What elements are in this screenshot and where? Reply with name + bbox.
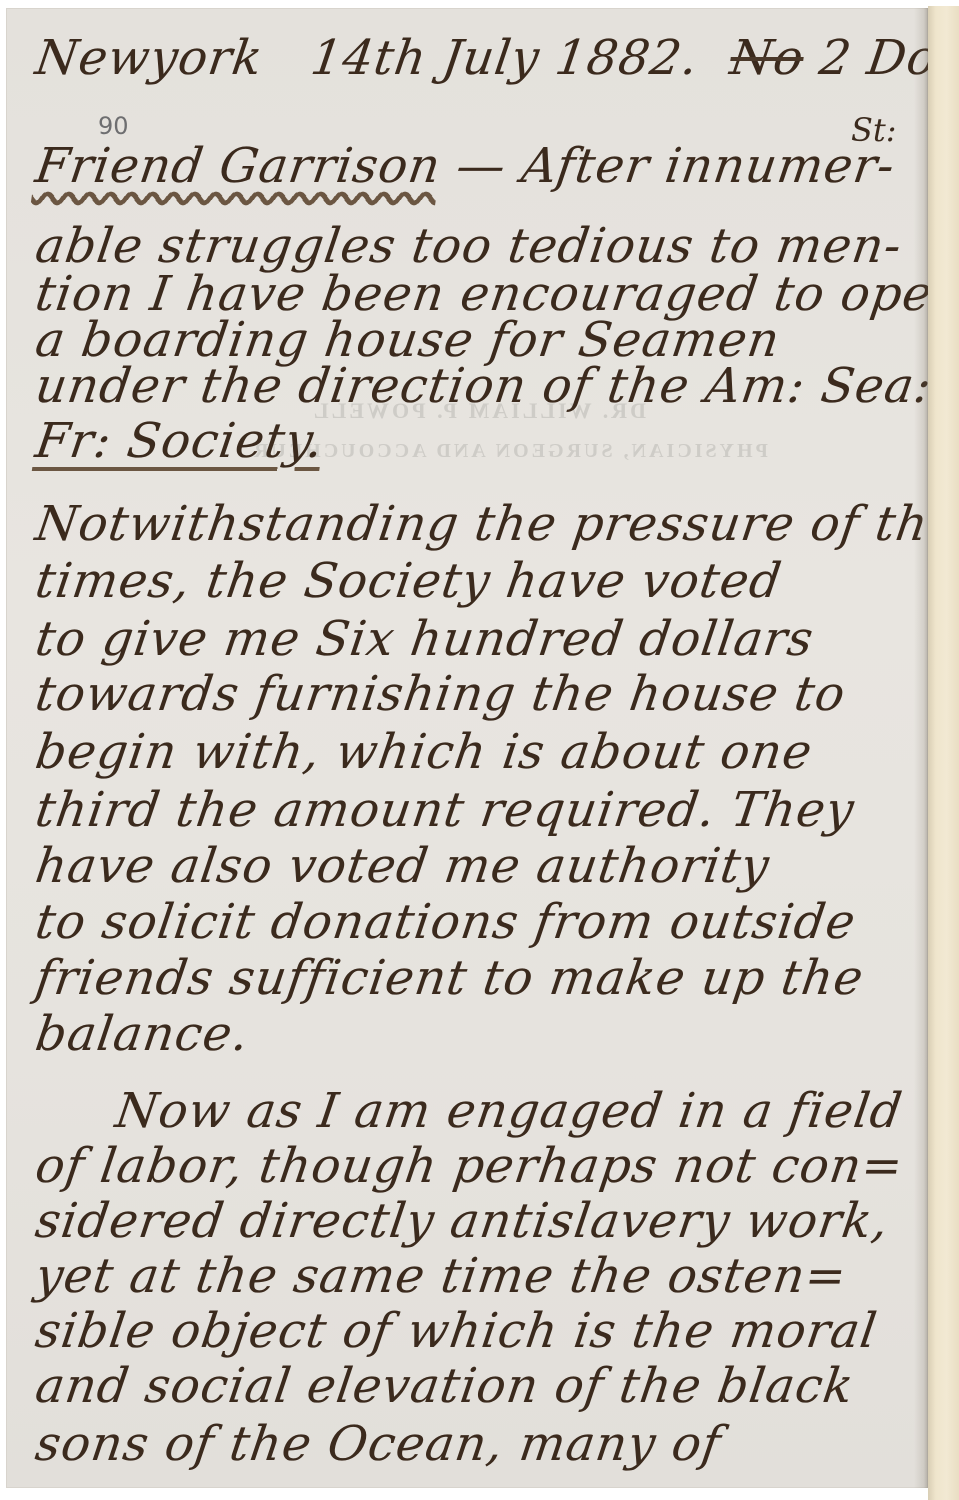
body-line: times, the Society have voted (32, 553, 785, 609)
place: Newyork (32, 30, 266, 86)
salutation: Friend Garrison (32, 138, 444, 194)
body-line: — After innumer- (453, 138, 899, 194)
body-line: sible object of which is the moral (32, 1303, 881, 1359)
header-line: Newyork 14th July 1882. No 2 Dover (32, 30, 959, 86)
archival-pencil-mark: 90 (98, 112, 129, 140)
body-line: sons of the Ocean, many of (32, 1416, 725, 1472)
body-line: Notwithstanding the pressure of the (32, 496, 959, 552)
body-line: and social elevation of the black (32, 1358, 857, 1414)
date: 14th July 1882. (307, 30, 702, 86)
body-line: towards furnishing the house to (32, 666, 849, 722)
body-line: to solicit donations from outside (32, 894, 859, 950)
body-line: Now as I am engaged in a field (112, 1083, 906, 1139)
body-line: have also voted me authority (32, 838, 773, 894)
body-line: sidered directly antislavery work, (32, 1193, 893, 1249)
body-line: under the direction of the Am: Sea: (32, 358, 935, 414)
body-line: begin with, which is about one (32, 724, 816, 780)
body-line: to give me Six hundred dollars (32, 611, 817, 667)
body-line: balance. (32, 1006, 253, 1062)
struck-text: No (727, 30, 808, 86)
letter-page: DR. WILLIAM P. POWELL PHYSICIAN, SURGEON… (6, 8, 928, 1488)
body-line: Fr: Society. (32, 413, 327, 469)
body-line: friends sufficient to make up the (32, 950, 867, 1006)
body-line: of labor, though perhaps not con= (32, 1138, 907, 1194)
salutation-line: Friend Garrison — After innumer- (32, 138, 899, 194)
body-line: third the amount required. They (32, 782, 858, 838)
page-edge-strip (928, 6, 959, 1500)
body-line: yet at the same time the osten= (32, 1248, 850, 1304)
letterhead-bleedthrough-title: PHYSICIAN, SURGEON AND ACCOUCHEUR (251, 440, 768, 463)
